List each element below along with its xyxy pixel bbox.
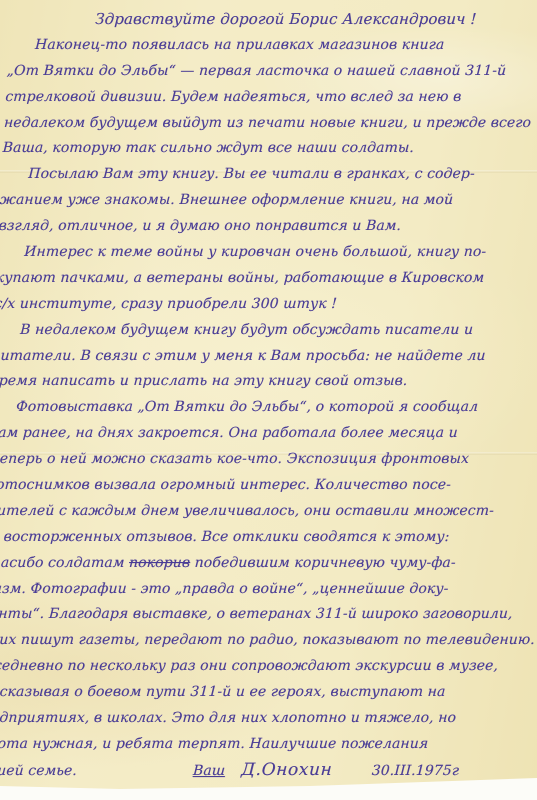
letter-line: Ежедневно по нескольку раз они сопровожд… bbox=[0, 654, 499, 680]
letter-line: тителей с каждым днем увеличивалось, они… bbox=[0, 499, 507, 525]
salutation-line: Здравствуйте дорогой Борис Александрович… bbox=[9, 7, 533, 33]
letter-line: взгляд, отличное, и я думаю оно понравит… bbox=[0, 214, 522, 240]
letter-line: время написать и прислать на эту книгу с… bbox=[0, 369, 514, 395]
signature-closing: Вашей семье. bbox=[0, 759, 78, 785]
signature-name: Д.Онохин bbox=[224, 758, 332, 784]
scanned-letter: Здравствуйте дорогой Борис Александрович… bbox=[0, 0, 537, 800]
letter-line: „От Вятки до Эльбы“ — первая ласточка о … bbox=[6, 59, 530, 85]
letter-line: шизм. Фотографии - это „правда о войне“,… bbox=[0, 577, 503, 603]
letter-line: недалеком будущем выйдут из печати новые… bbox=[3, 111, 527, 137]
letter-line: теперь о ней можно сказать кое-что. Эксп… bbox=[0, 447, 510, 473]
letter-line: фотоснимков вызвала огромный интерес. Ко… bbox=[0, 473, 509, 499]
letter-line: В недалеком будущем книгу будут обсуждат… bbox=[0, 318, 517, 344]
letter-line-segment: Спасибо солдатам bbox=[0, 555, 129, 571]
letter-line-with-correction: Спасибо солдатам покорив победившим кори… bbox=[0, 551, 505, 577]
letter-line: Ваша, которую так сильно ждут все наши с… bbox=[2, 136, 526, 162]
signature-row: Вашей семье. Ваш Д.Онохин 30.III.1975г bbox=[0, 758, 494, 784]
letter-line: Наконец-то появилась на прилавках магази… bbox=[7, 33, 531, 59]
letter-line: жанием уже знакомы. Внешнее оформление к… bbox=[0, 188, 524, 214]
letter-body: Здравствуйте дорогой Борис Александрович… bbox=[0, 7, 533, 784]
letter-line: купают пачками, а ветераны войны, работа… bbox=[0, 266, 519, 292]
letter-line: предприятиях, в школах. Это для них хлоп… bbox=[0, 706, 496, 732]
letter-line: работа нужная, и ребята терпят. Наилучши… bbox=[0, 732, 495, 758]
letter-line: во восторженных отзывов. Все отклики сво… bbox=[0, 525, 506, 551]
letter-line: Вам ранее, на днях закроется. Она работа… bbox=[0, 421, 511, 447]
letter-line: стрелковой дивизии. Будем надеяться, что… bbox=[5, 85, 529, 111]
letter-line: о них пишут газеты, передают по радио, п… bbox=[0, 628, 500, 654]
letter-line: менты“. Благодаря выставке, о ветеранах … bbox=[0, 602, 502, 628]
letter-line: с/х институте, сразу приобрели 300 штук … bbox=[0, 292, 518, 318]
signature-date: 30.III.1975г bbox=[371, 759, 460, 785]
letter-line-segment: победившим коричневую чуму-фа- bbox=[190, 555, 456, 571]
signature-salutation-word: Ваш bbox=[192, 759, 226, 785]
letter-line: Посылаю Вам эту книгу. Вы ее читали в гр… bbox=[1, 162, 525, 188]
letter-line: Интерес к теме войны у кировчан очень бо… bbox=[0, 240, 521, 266]
letter-line: читатели. В связи с этим у меня к Вам пр… bbox=[0, 344, 515, 370]
letter-line: Фотовыставка „От Вятки до Эльбы“, о кото… bbox=[0, 395, 513, 421]
strikethrough-word: покорив bbox=[129, 555, 191, 571]
letter-line: рассказывая о боевом пути 311-й и ее гер… bbox=[0, 680, 498, 706]
